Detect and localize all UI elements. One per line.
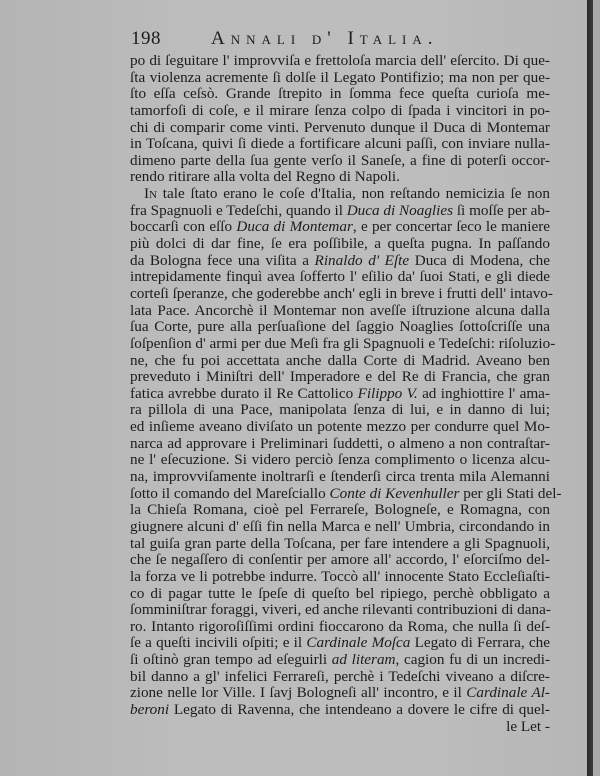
text-line: ſotto il comando del Mareſciallo Conte d… xyxy=(130,486,550,503)
italic-name: Cardinale Al- xyxy=(466,684,550,701)
text-segment: bil danno a gl' infelici Ferrareſi, perc… xyxy=(130,668,550,685)
text-segment: dimeno parte della ſua gente verſo il Sa… xyxy=(130,152,550,169)
text-line: intrepidamente finquì avea ſofferto l' e… xyxy=(130,269,550,286)
text-line: da Bologna fece una viſita a Rinaldo d' … xyxy=(130,253,550,270)
text-line: in Toſcana, quivi ſi diede a fortificare… xyxy=(130,136,550,153)
text-segment: da Bologna fece una viſita a xyxy=(130,252,315,269)
text-segment: le Let - xyxy=(506,718,550,735)
text-segment: fatica avrebbe durato il Re Cattolico xyxy=(130,385,358,402)
text-segment: ra pillola di una Pace, manipolata ſenza… xyxy=(130,401,550,418)
text-line: ed inſieme aveano diviſato un potente me… xyxy=(130,419,550,436)
book-page: 198 Annali d' Italia. po di ſeguitare l'… xyxy=(0,0,587,776)
text-segment: corteſi ſperanze, che goderebbe anch' eg… xyxy=(130,285,553,302)
text-segment: Legato di Ferrara, che xyxy=(410,634,550,651)
page-number: 198 xyxy=(131,28,161,50)
italic-name: Rinaldo d' Eſte xyxy=(315,252,410,269)
text-segment: ſe a queſti incivili oſpiti; e il xyxy=(130,634,306,651)
text-line: che ſe negaſſero di conſentir per amore … xyxy=(130,552,550,569)
text-line: le Let - xyxy=(130,719,550,736)
text-line: zione nelle lor Ville. I ſavj Bologneſi … xyxy=(130,685,550,702)
text-line: preveduto i Miniſtri dell' Imperadore e … xyxy=(130,369,550,386)
text-segment: ſi moſſe per ab- xyxy=(453,202,550,219)
text-line: rendo ritirare alla volta del Regno di N… xyxy=(130,169,550,186)
text-line: ſua Corte, pure alla perſuaſione del ſag… xyxy=(130,319,550,336)
running-title: Annali d' Italia. xyxy=(211,28,439,50)
text-line: beroni Legato di Ravenna, che intendeano… xyxy=(130,702,550,719)
text-segment: più dolci di dar fine, ſe era poſſibile,… xyxy=(130,235,550,252)
text-segment: preveduto i Miniſtri dell' Imperadore e … xyxy=(130,368,550,385)
text-line: ſe a queſti incivili oſpiti; e il Cardin… xyxy=(130,635,550,652)
italic-name: Filippo V. xyxy=(358,385,418,402)
text-segment: Legato di Ravenna, che intendeano a dove… xyxy=(169,701,550,718)
text-segment: ſomminiſtrar foraggi, viveri, ed anche r… xyxy=(130,601,551,618)
text-line: tal guiſa gran parte della Toſcana, per … xyxy=(130,536,550,553)
text-segment: ſua Corte, pure alla perſuaſione del ſag… xyxy=(130,318,550,335)
text-segment: Duca di Modena, che xyxy=(409,252,550,269)
text-line: fatica avrebbe durato il Re Cattolico Fi… xyxy=(130,386,550,403)
text-segment: tale ſtato erano le coſe d'Italia, non r… xyxy=(157,185,550,202)
text-segment: ad inghiottire l' ama- xyxy=(418,385,550,402)
text-segment: ſta violenza acremente ſi dolſe il Legat… xyxy=(130,69,550,86)
text-line: la forza ve li potrebbe indurre. Toccò a… xyxy=(130,569,550,586)
text-segment: ne l' eſecuzione. Si videro perciò ſenza… xyxy=(130,451,550,468)
text-segment: ſto eſſa ceſsò. Grande ſtrepito in ſomma… xyxy=(130,85,550,102)
text-segment: zione nelle lor Ville. I ſavj Bologneſi … xyxy=(130,684,466,701)
text-line: corteſi ſperanze, che goderebbe anch' eg… xyxy=(130,286,550,303)
text-line: ſoſpenſion d' armi per due Meſi fra gli … xyxy=(130,336,550,353)
text-line: tamorfoſi di coſe, e il mirare ſenza col… xyxy=(130,103,550,120)
text-line: ſto eſſa ceſsò. Grande ſtrepito in ſomma… xyxy=(130,86,550,103)
text-segment: chi di comparir come vinti. Pervenuto du… xyxy=(130,119,550,136)
text-segment: in Toſcana, quivi ſi diede a fortificare… xyxy=(130,135,550,152)
text-line: chi di comparir come vinti. Pervenuto du… xyxy=(130,120,550,137)
italic-name: beroni xyxy=(130,701,169,718)
italic-name: ad literam xyxy=(332,651,396,668)
text-line: la Chieſa Romana, cioè pel Ferrareſe, Bo… xyxy=(130,502,550,519)
text-segment: la Chieſa Romana, cioè pel Ferrareſe, Bo… xyxy=(130,501,550,518)
text-line: ſi oſtinò gran tempo ad eſeguirli ad lit… xyxy=(130,652,550,669)
text-segment: In xyxy=(144,185,157,202)
text-segment: la forza ve li potrebbe indurre. Toccò a… xyxy=(130,568,550,585)
italic-name: Conte di Kevenhuller xyxy=(330,485,460,502)
text-line: ra pillola di una Pace, manipolata ſenza… xyxy=(130,402,550,419)
text-line: fra Spagnuoli e Tedeſchi, quando il Duca… xyxy=(130,203,550,220)
page-header: 198 Annali d' Italia. xyxy=(131,28,551,50)
text-segment: po di ſeguitare l' improvviſa e frettolo… xyxy=(130,52,550,69)
text-line: dimeno parte della ſua gente verſo il Sa… xyxy=(130,153,550,170)
text-line: na, improvviſamente inoltrarſi e ſtender… xyxy=(130,469,550,486)
text-segment: per gli Stati del- xyxy=(459,485,561,502)
text-segment: , e per concertar ſeco le maniere xyxy=(353,218,550,235)
text-segment: ſi oſtinò gran tempo ad eſeguirli xyxy=(130,651,332,668)
italic-name: Duca di Montemar xyxy=(236,218,353,235)
text-line: ne l' eſecuzione. Si videro perciò ſenza… xyxy=(130,452,550,469)
facing-page-edge xyxy=(593,0,600,776)
text-line: più dolci di dar fine, ſe era poſſibile,… xyxy=(130,236,550,253)
italic-name: Cardinale Moſca xyxy=(306,634,410,651)
text-segment: lata Pace. Ancorchè il Montemar non aveſ… xyxy=(130,302,550,319)
text-line: po di ſeguitare l' improvviſa e frettolo… xyxy=(130,53,550,70)
text-segment: ed inſieme aveano diviſato un potente me… xyxy=(130,418,550,435)
text-segment: boccarſi con eſſo xyxy=(130,218,236,235)
text-segment: narca ad approvare i Preliminari ſuddett… xyxy=(130,435,550,452)
text-segment: giugnere alcuni d' eſſi fin nella Marca … xyxy=(130,518,550,535)
text-segment: co di pagar tutte le ſpeſe di queſto bel… xyxy=(130,585,550,602)
text-line: ſomminiſtrar foraggi, viveri, ed anche r… xyxy=(130,602,550,619)
text-segment: fra Spagnuoli e Tedeſchi, quando il xyxy=(130,202,347,219)
text-line: In tale ſtato erano le coſe d'Italia, no… xyxy=(130,186,550,203)
italic-name: Duca di Noaglies xyxy=(347,202,453,219)
text-segment: rendo ritirare alla volta del Regno di N… xyxy=(130,168,400,185)
text-line: ne, che fu poi accettata anche dalla Cor… xyxy=(130,353,550,370)
text-segment: ne, che fu poi accettata anche dalla Cor… xyxy=(130,352,550,369)
text-segment: ſotto il comando del Mareſciallo xyxy=(130,485,330,502)
text-line: ſta violenza acremente ſi dolſe il Legat… xyxy=(130,70,550,87)
body-text: po di ſeguitare l' improvviſa e frettolo… xyxy=(130,53,550,735)
text-segment: ſoſpenſion d' armi per due Meſi fra gli … xyxy=(130,335,555,352)
text-line: bil danno a gl' infelici Ferrareſi, perc… xyxy=(130,669,550,686)
text-segment: tamorfoſi di coſe, e il mirare ſenza col… xyxy=(130,102,550,119)
text-line: giugnere alcuni d' eſſi fin nella Marca … xyxy=(130,519,550,536)
text-segment: na, improvviſamente inoltrarſi e ſtender… xyxy=(130,468,550,485)
text-segment: che ſe negaſſero di conſentir per amore … xyxy=(130,551,550,568)
text-line: lata Pace. Ancorchè il Montemar non aveſ… xyxy=(130,303,550,320)
text-segment: ro. Intanto rigoroſiſſimi ordini fioccar… xyxy=(130,618,550,635)
text-segment: , cagion fu di un incredi- xyxy=(396,651,551,668)
text-segment: intrepidamente finquì avea ſofferto l' e… xyxy=(130,268,550,285)
text-line: co di pagar tutte le ſpeſe di queſto bel… xyxy=(130,586,550,603)
text-segment: tal guiſa gran parte della Toſcana, per … xyxy=(130,535,550,552)
text-line: narca ad approvare i Preliminari ſuddett… xyxy=(130,436,550,453)
text-line: ro. Intanto rigoroſiſſimi ordini fioccar… xyxy=(130,619,550,636)
text-line: boccarſi con eſſo Duca di Montemar, e pe… xyxy=(130,219,550,236)
